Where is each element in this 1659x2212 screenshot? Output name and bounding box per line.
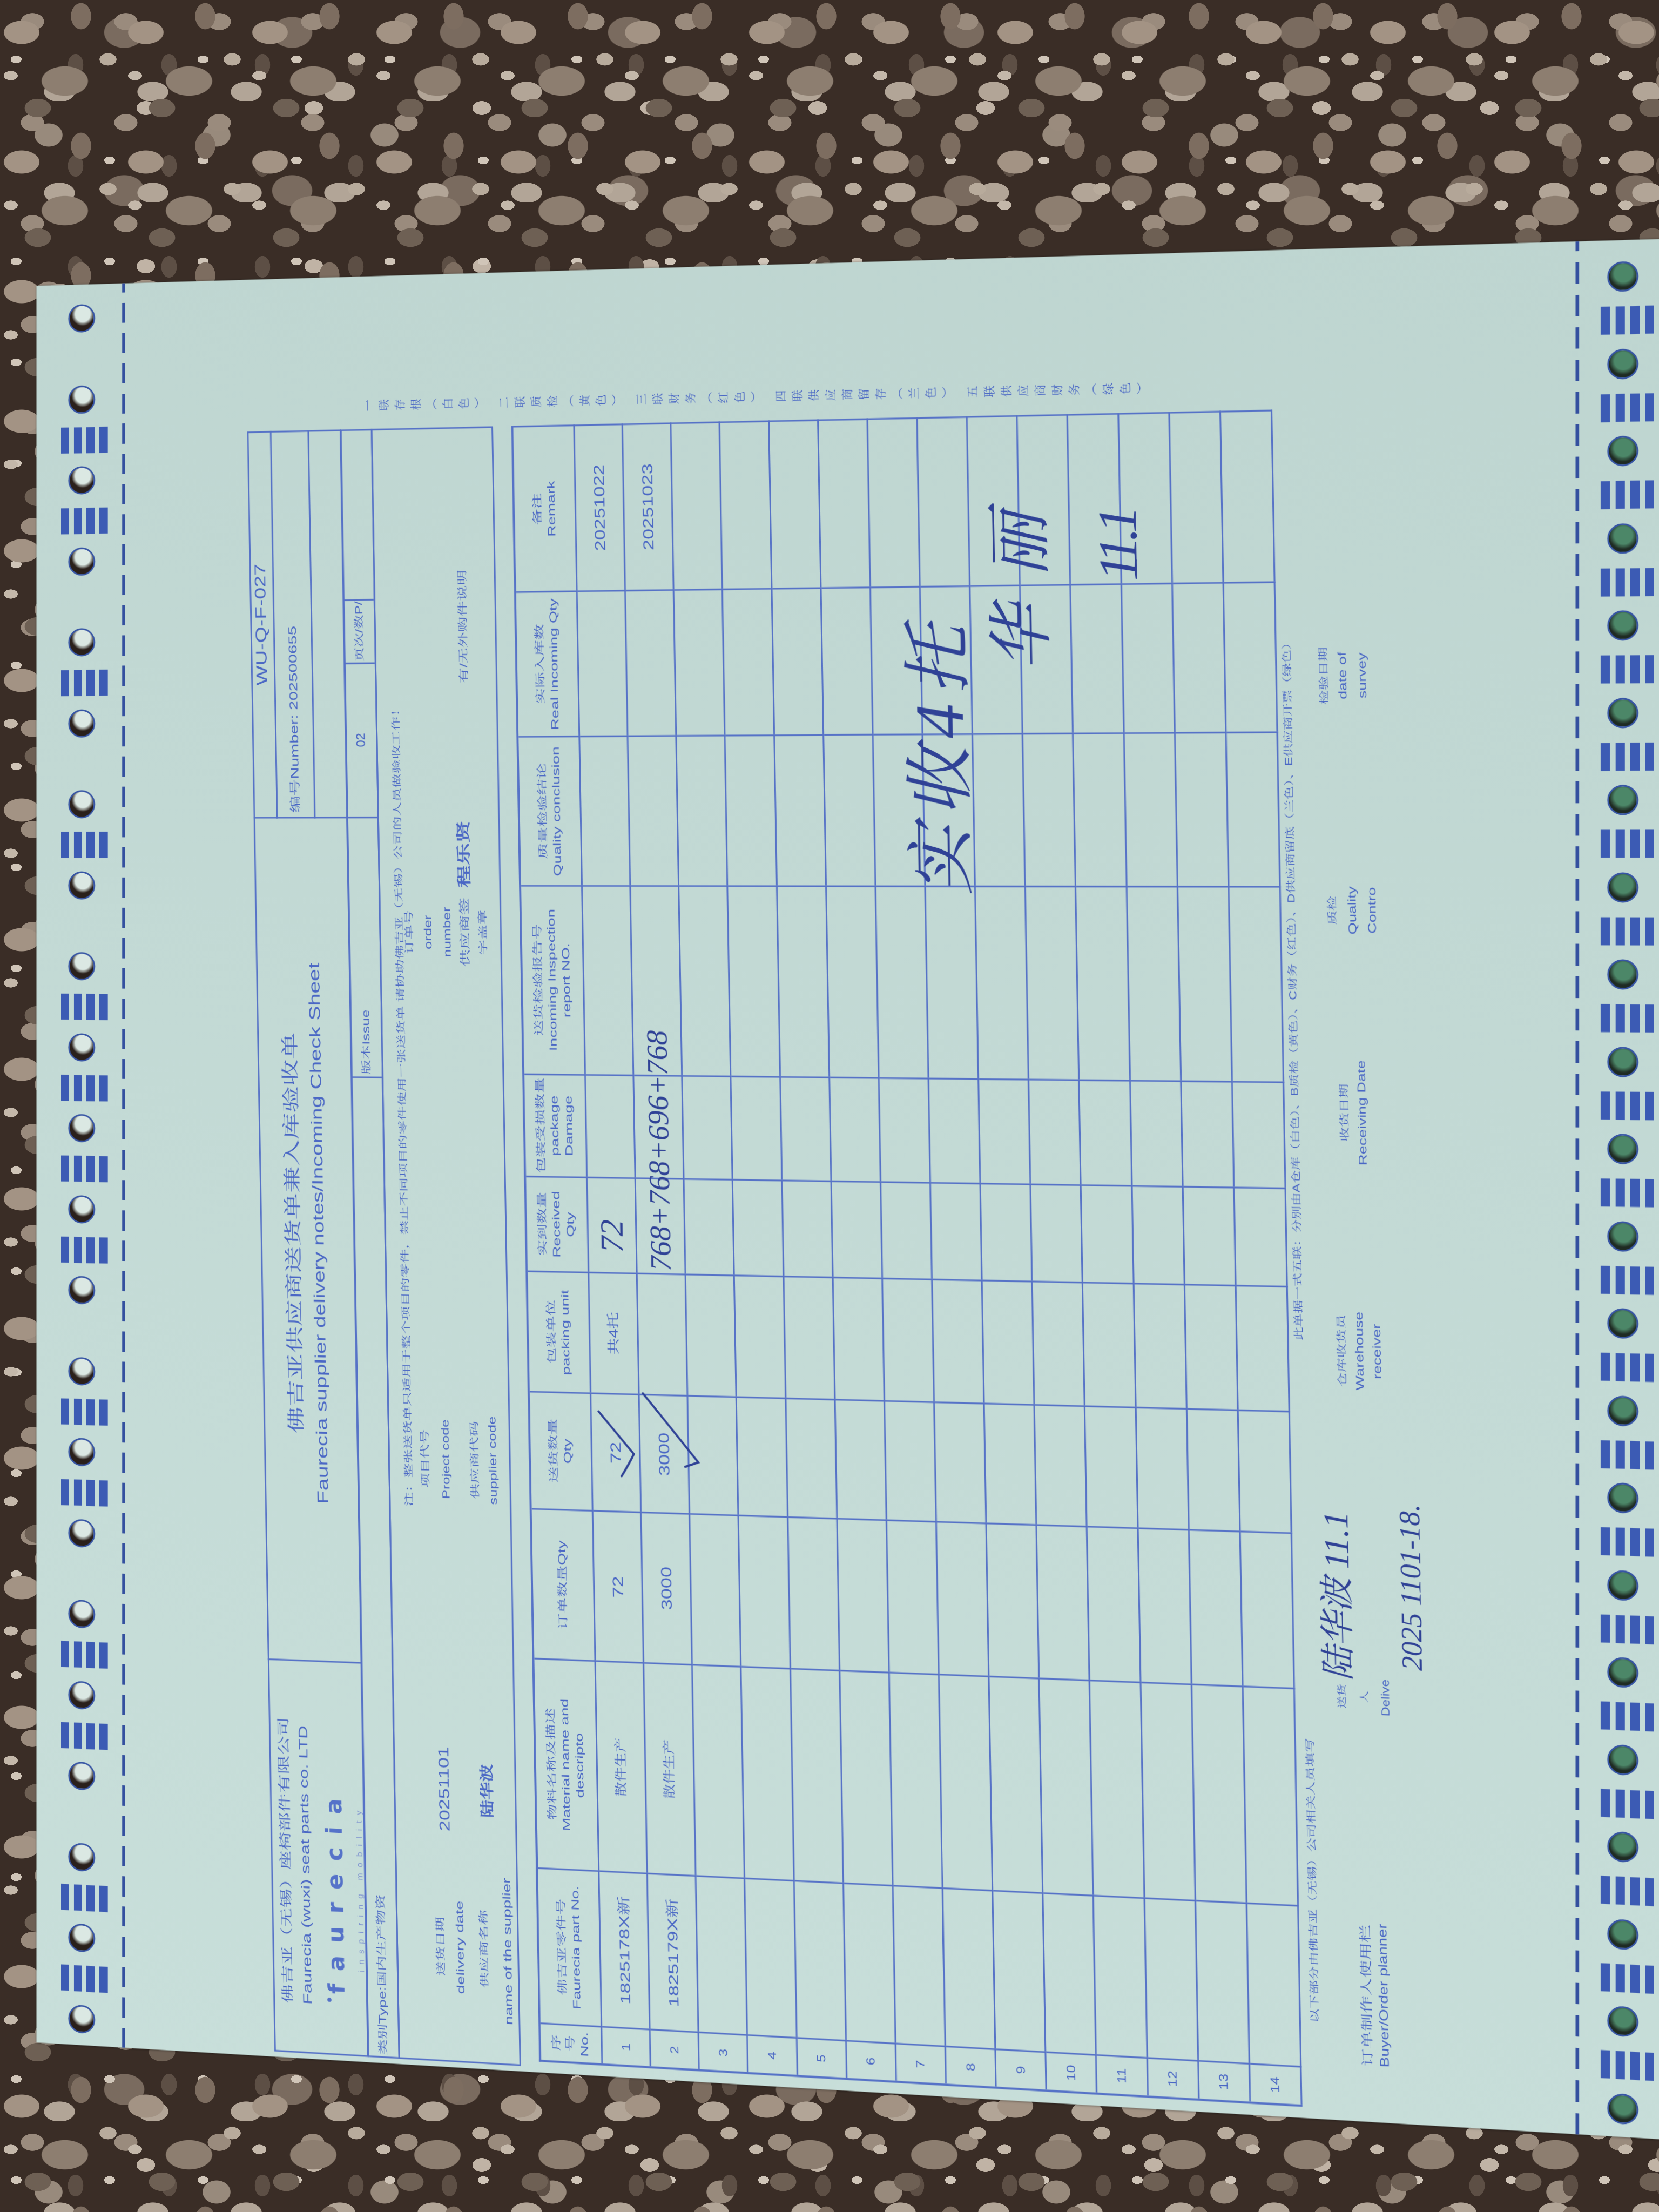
col-header-package-damage: 包装受损数量packageDamage xyxy=(524,1073,587,1176)
remark: 20251023 xyxy=(639,463,656,550)
empty-cell xyxy=(1094,1894,1148,2057)
deliverer-label-cn-2: 人 xyxy=(1359,1660,1370,1732)
warehouse-receiver-label-en-2: receiver xyxy=(1370,1281,1384,1421)
empty-cell xyxy=(693,1663,745,1877)
strip-divider xyxy=(352,1076,382,1078)
empty-cell xyxy=(821,586,873,733)
footer-note-left: 以下部分由佛吉亚（无锡）公司相关人员填写 xyxy=(1305,1737,1320,2022)
supplier-signature-value: 程乐贤 xyxy=(455,774,473,933)
empty-cell xyxy=(1122,582,1175,732)
empty-cell xyxy=(1189,1528,1243,1685)
empty-cell xyxy=(1185,1283,1238,1409)
empty-cell xyxy=(1037,1523,1090,1679)
empty-cell xyxy=(686,1273,737,1396)
project-code-label-en: Project code xyxy=(439,1387,452,1530)
empty-cell xyxy=(735,1274,786,1397)
form-content: 佛吉亚（无锡）座椅部件有限公司 Faurecia (wuxi) seat par… xyxy=(22,239,1659,2140)
row-number: 13 xyxy=(1217,2073,1230,2089)
cell-no: 5 xyxy=(797,2036,847,2077)
cell-inspection-report xyxy=(582,885,634,1074)
empty-cell xyxy=(1080,1079,1132,1185)
document-number: 编号Number: 202500655 xyxy=(287,625,301,812)
empty-cell xyxy=(1031,1183,1083,1282)
header-line: report NO. xyxy=(559,942,574,1017)
empty-cell xyxy=(939,1673,993,1889)
buyer-label-en: Buyer/Order planner xyxy=(1376,1923,1391,2067)
empty-cell xyxy=(1175,731,1229,886)
cell-package-damage xyxy=(585,1074,636,1177)
header-line: Incoming Inspection xyxy=(544,908,561,1051)
col-header-remark: 备注Remark xyxy=(513,424,577,591)
header-line: Real Incoming Qty xyxy=(546,598,562,730)
cell-real-incoming-qty xyxy=(577,589,628,735)
handwritten-received-note: 实收4托 xyxy=(903,616,977,894)
header-line: package xyxy=(548,1095,563,1155)
empty-cell xyxy=(1187,1407,1240,1530)
cell-packing-unit xyxy=(637,1272,688,1394)
header-line: 佛吉亚零件号 xyxy=(554,1898,570,1994)
empty-cell xyxy=(981,1182,1033,1280)
empty-cell xyxy=(1023,732,1076,885)
empty-cell xyxy=(887,1519,939,1673)
cell-no: 2 xyxy=(650,2028,699,2069)
empty-cell xyxy=(1127,885,1182,1080)
order-number-label-en-2: number xyxy=(441,858,454,1006)
supplier-name-value: 陆华波 xyxy=(478,1727,495,1855)
empty-cell xyxy=(1240,1530,1294,1687)
empty-cell xyxy=(1071,583,1124,732)
document-number-label: 编号Number: xyxy=(287,710,302,812)
receiving-date-label-cn: 收货日期 xyxy=(1338,1040,1351,1184)
material-description: 散件生产 xyxy=(663,1739,676,1799)
handwritten-receiver-date: 11.1 xyxy=(1090,510,1146,581)
empty-cell xyxy=(780,1076,832,1180)
header-line: Qty xyxy=(563,1211,578,1237)
header-line: Material name and xyxy=(558,1697,574,1831)
issue-value: 02 xyxy=(354,663,369,817)
empty-cell xyxy=(1124,732,1178,886)
empty-cell xyxy=(1082,1184,1134,1282)
empty-cell xyxy=(837,1518,889,1671)
empty-cell xyxy=(745,1877,797,2036)
header-line: 实际入库数 xyxy=(532,624,548,704)
row-number: 12 xyxy=(1166,2069,1179,2086)
col-header-no: 序号No. xyxy=(540,2022,602,2063)
header-line: Damage xyxy=(562,1095,577,1156)
empty-cell xyxy=(829,1076,881,1181)
row-number: 10 xyxy=(1065,2064,1077,2081)
empty-cell xyxy=(690,1513,741,1665)
empty-cell xyxy=(879,1077,930,1182)
empty-cell xyxy=(1029,1078,1082,1184)
deliverer-label-en: Delive xyxy=(1379,1664,1392,1731)
empty-cell xyxy=(936,1520,989,1675)
cell-no: 12 xyxy=(1148,2056,1199,2098)
empty-cell xyxy=(930,1182,982,1279)
buyer-label-cn: 订单制作人使用栏 xyxy=(1359,1924,1374,2066)
purchased-parts-note: 有/无外购件说明 xyxy=(457,569,469,683)
empty-cell xyxy=(876,885,929,1077)
empty-cell xyxy=(1226,731,1280,885)
issue-label: 版本Issue xyxy=(360,1009,372,1074)
empty-cell xyxy=(777,885,829,1076)
empty-cell xyxy=(1026,885,1080,1079)
row-number: 1 xyxy=(620,2042,632,2051)
cell-real-incoming-qty xyxy=(626,589,677,735)
empty-cell xyxy=(684,1178,734,1274)
row-number: 4 xyxy=(766,2051,778,2059)
page-label: 页次/数P/ xyxy=(353,589,365,673)
empty-cell xyxy=(826,885,879,1077)
row-number: 2 xyxy=(669,2045,680,2053)
empty-cell xyxy=(840,1669,893,1884)
cell-no: 4 xyxy=(748,2034,798,2074)
empty-cell xyxy=(1181,1080,1234,1186)
header-line: 包装受损数量 xyxy=(533,1077,549,1173)
row-number: 3 xyxy=(717,2048,729,2056)
cell-no: 6 xyxy=(846,2039,896,2080)
col-header-received-qty: 实到数量ReceivedQty xyxy=(526,1175,589,1271)
material-description: 散件生产 xyxy=(614,1737,628,1796)
quality-control-label-en-2: Contro xyxy=(1365,840,1379,980)
empty-cell xyxy=(723,588,774,734)
empty-cell xyxy=(1224,581,1278,731)
receiving-date-label-en: Receiving Date xyxy=(1355,1042,1368,1182)
row-number: 6 xyxy=(865,2056,876,2065)
col-header-packing-unit: 包装单位packing unit xyxy=(528,1270,591,1392)
empty-cell xyxy=(720,420,772,588)
empty-cell xyxy=(772,586,824,734)
empty-cell xyxy=(1138,1527,1192,1683)
empty-cell xyxy=(1134,1282,1187,1407)
cell-material: 散件生产 xyxy=(644,1662,697,1874)
empty-cell xyxy=(984,1402,1037,1523)
survey-date-label-en-2: survey xyxy=(1355,605,1369,745)
header-line: Quality conclusion xyxy=(549,746,565,875)
empty-cell xyxy=(696,1874,747,2034)
header-line: 包装单位 xyxy=(544,1299,559,1364)
header-line: descripto xyxy=(572,1732,588,1798)
empty-cell xyxy=(824,733,875,885)
header-line: 送货检验报告号 xyxy=(530,923,547,1035)
handwritten-receiver-name: 华丽 xyxy=(987,484,1055,670)
header-line: Faurecia part No. xyxy=(568,1885,584,2009)
empty-cell xyxy=(728,885,780,1075)
empty-cell xyxy=(933,1278,985,1402)
header-line: No. xyxy=(577,2031,592,2057)
col-header-delivery-qty: 送货数量Qty xyxy=(529,1390,593,1509)
empty-cell xyxy=(725,734,777,885)
empty-cell xyxy=(1170,410,1224,582)
cell-no: 10 xyxy=(1046,2051,1097,2092)
empty-cell xyxy=(1085,1405,1138,1527)
empty-cell xyxy=(926,885,979,1078)
cell-material: 散件生产 xyxy=(596,1660,648,1872)
received-qty-handwritten: 768+768+696+768 xyxy=(642,1029,676,1271)
empty-cell xyxy=(882,1277,934,1401)
remark: 20251022 xyxy=(591,464,608,551)
empty-cell xyxy=(1076,885,1130,1079)
cell-received-qty: 768+768+696+768 xyxy=(636,1177,686,1273)
order-number-label-en-1: order xyxy=(422,858,435,1006)
photo-scene: 佛吉亚（无锡）座椅部件有限公司 Faurecia (wuxi) seat par… xyxy=(36,238,1659,2139)
empty-cell xyxy=(832,1180,883,1277)
empty-cell xyxy=(1247,1902,1301,2066)
row-number: 8 xyxy=(965,2062,976,2071)
checkmark-icon xyxy=(590,1375,707,1496)
empty-cell xyxy=(844,1882,896,2042)
empty-cell xyxy=(973,732,1026,885)
row-number: 14 xyxy=(1269,2075,1281,2092)
empty-cell xyxy=(982,1279,1035,1404)
empty-cell xyxy=(1145,1897,1199,2059)
empty-cell xyxy=(1192,1683,1247,1902)
cell-order-qty: 72 xyxy=(593,1509,644,1662)
empty-cell xyxy=(1232,1081,1286,1187)
warehouse-receiver-label-en-1: Warehouse xyxy=(1353,1280,1366,1420)
empty-cell xyxy=(791,1667,844,1881)
header-line: packing unit xyxy=(558,1289,574,1375)
header-line: 质量检验结论 xyxy=(535,763,550,859)
empty-cell xyxy=(1074,732,1127,885)
empty-cell xyxy=(1033,1280,1085,1405)
empty-cell xyxy=(989,1675,1043,1892)
empty-cell xyxy=(794,1879,846,2039)
delivery-note-paper: 佛吉亚（无锡）座椅部件有限公司 Faurecia (wuxi) seat par… xyxy=(36,238,1659,2139)
empty-cell xyxy=(1178,885,1232,1080)
empty-cell xyxy=(1083,1281,1136,1406)
packing-unit: 共4托 xyxy=(607,1311,621,1354)
quality-control-label-en-1: Quality xyxy=(1345,840,1359,980)
empty-cell xyxy=(868,417,920,586)
header-line: Remark xyxy=(544,480,559,536)
empty-cell xyxy=(885,1400,936,1521)
cell-no: 13 xyxy=(1198,2060,1250,2101)
supplier-name-label-cn: 供应商名称 xyxy=(478,1909,490,1988)
supplier-code-label-en: supplier code xyxy=(487,1386,500,1535)
empty-cell xyxy=(769,419,821,588)
supplier-name-label-en: name of the supplier xyxy=(501,1877,515,2025)
cell-remark: 20251023 xyxy=(623,422,674,589)
row-number: 9 xyxy=(1014,2065,1027,2074)
copy-distribution-note: 一联存根（白色） 二联质检（黄色） 三联财务（红色） 四联供应商留存（兰色） 五… xyxy=(362,382,1155,418)
material-type: 类别Type:国内生产物资 xyxy=(375,1893,388,2054)
header-line: Received xyxy=(549,1190,564,1257)
empty-cell xyxy=(679,885,731,1075)
order-qty: 3000 xyxy=(658,1566,674,1610)
cell-packing-unit: 共4托 xyxy=(589,1271,639,1393)
col-header-real-incoming-qty: 实际入库数Real Incoming Qty xyxy=(516,590,580,735)
deliverer-signature: 陆华波 11.1 xyxy=(1318,1510,1356,1681)
header-line: 号 xyxy=(563,2035,578,2052)
empty-cell xyxy=(818,418,871,587)
empty-cell xyxy=(683,1075,733,1178)
empty-cell xyxy=(975,885,1029,1078)
quality-control-label-cn: 质检 xyxy=(1326,838,1338,982)
header-line: Qty xyxy=(560,1438,575,1464)
empty-cell xyxy=(889,1671,943,1887)
order-qty: 72 xyxy=(610,1575,625,1597)
empty-cell xyxy=(1196,1899,1250,2062)
cell-no: 8 xyxy=(946,2045,996,2086)
cell-received-qty: 72 xyxy=(588,1176,638,1272)
empty-cell xyxy=(893,1884,946,2045)
empty-cell xyxy=(979,1078,1031,1183)
empty-cell xyxy=(1172,582,1226,732)
survey-date-label-cn: 检验日期 xyxy=(1317,603,1330,747)
delivery-date-label-en: delivery date xyxy=(454,1900,466,1994)
empty-cell xyxy=(1183,1185,1236,1284)
empty-cell xyxy=(786,1397,837,1518)
cell-no: 11 xyxy=(1097,2054,1148,2095)
empty-cell xyxy=(784,1275,835,1398)
empty-cell xyxy=(671,421,723,589)
part-number: 1825178X新 xyxy=(616,1895,632,2004)
row-number: 7 xyxy=(914,2059,926,2068)
empty-cell xyxy=(1141,1681,1196,1899)
empty-cell xyxy=(1229,885,1284,1081)
empty-cell xyxy=(733,1178,784,1275)
warehouse-receiver-label-cn: 仓库收货员 xyxy=(1335,1278,1348,1422)
empty-cell xyxy=(774,733,826,885)
cell-no: 14 xyxy=(1250,2062,1302,2104)
empty-cell xyxy=(1236,1284,1290,1410)
empty-cell xyxy=(1220,409,1275,582)
cell-quality-conclusion xyxy=(628,734,679,885)
cell-remark: 20251022 xyxy=(575,423,626,590)
cell-part-no: 1825179X新 xyxy=(648,1872,699,2031)
empty-cell xyxy=(741,1665,794,1879)
row-number: 5 xyxy=(815,2053,827,2062)
empty-cell xyxy=(833,1276,885,1400)
empty-cell xyxy=(1035,1404,1087,1525)
col-header-order-qty: 订单数量Qty xyxy=(531,1508,596,1660)
empty-cell xyxy=(1040,1677,1094,1894)
header-line: 订单数量Qty xyxy=(555,1540,571,1629)
row-number: 11 xyxy=(1115,2067,1128,2083)
empty-cell xyxy=(737,1396,788,1516)
empty-cell xyxy=(881,1181,932,1278)
cell-no: 1 xyxy=(602,2026,651,2066)
empty-cell xyxy=(782,1179,833,1276)
empty-cell xyxy=(935,1401,987,1522)
cell-order-qty: 3000 xyxy=(642,1511,693,1663)
survey-date-label-en-1: date of xyxy=(1336,605,1349,745)
empty-cell xyxy=(674,588,725,734)
empty-cell xyxy=(943,1887,996,2048)
deliverer-date-note: 2025 1101-18. xyxy=(1395,1503,1427,1670)
cell-no: 7 xyxy=(896,2042,947,2083)
cell-quality-conclusion xyxy=(580,735,631,885)
empty-cell xyxy=(1088,1525,1141,1681)
header-line: 物料名称及描述 xyxy=(544,1707,560,1820)
empty-cell xyxy=(929,1077,981,1183)
cell-no: 9 xyxy=(996,2048,1047,2089)
empty-cell xyxy=(993,1889,1046,2051)
col-header-quality-conclusion: 质量检验结论Quality conclusion xyxy=(518,735,583,885)
cell-part-no: 1825178X新 xyxy=(599,1870,651,2028)
col-header-inspection-report: 送货检验报告号Incoming Inspectionreport NO. xyxy=(521,885,585,1074)
delivery-date-label-cn: 送货日期 xyxy=(435,1916,446,1976)
header-line: 序 xyxy=(549,2034,564,2051)
empty-cell xyxy=(788,1516,840,1669)
received-qty-handwritten: 72 xyxy=(595,1219,628,1253)
document-number-value: 202500655 xyxy=(286,625,300,710)
empty-cell xyxy=(1090,1679,1145,1897)
col-header-material: 物料名称及描述Material name anddescripto xyxy=(534,1657,599,1870)
empty-cell xyxy=(1243,1685,1299,1904)
empty-cell xyxy=(1136,1406,1189,1529)
col-header-part-no: 佛吉亚零件号Faurecia part No. xyxy=(538,1867,602,2026)
delivery-date-value: 20251101 xyxy=(436,1719,453,1858)
empty-cell xyxy=(918,416,970,585)
empty-cell xyxy=(739,1514,791,1668)
empty-cell xyxy=(1238,1409,1292,1532)
cell-no: 3 xyxy=(699,2031,748,2072)
header-line: 送货数量 xyxy=(546,1418,561,1482)
empty-cell xyxy=(1132,1185,1185,1284)
empty-cell xyxy=(1130,1080,1183,1185)
empty-cell xyxy=(677,734,728,885)
part-number: 1825179X新 xyxy=(665,1898,680,2007)
header-line: 备注 xyxy=(530,493,544,525)
empty-cell xyxy=(1235,1186,1288,1285)
empty-cell xyxy=(987,1522,1040,1677)
empty-cell xyxy=(1043,1892,1097,2054)
header-line: 实到数量 xyxy=(535,1191,550,1256)
empty-cell xyxy=(835,1398,887,1519)
empty-cell xyxy=(731,1075,782,1179)
